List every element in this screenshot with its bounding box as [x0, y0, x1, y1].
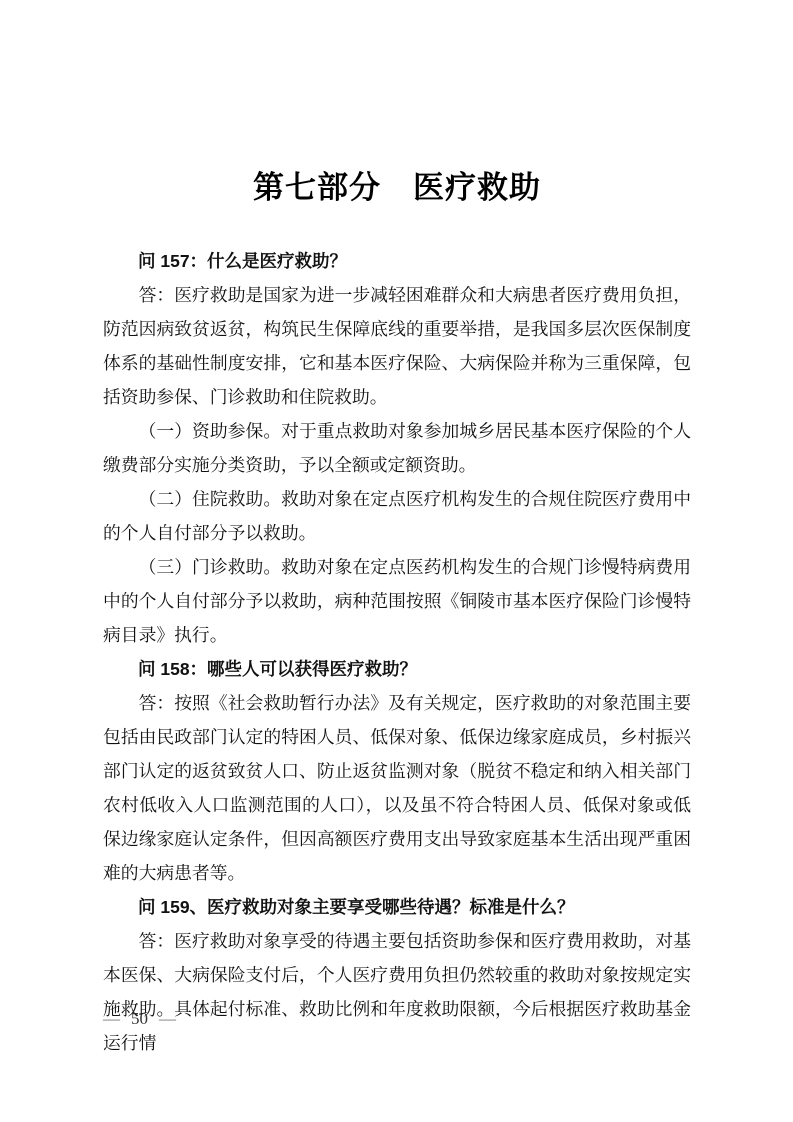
question-heading: 问 157：什么是医疗救助？	[103, 244, 691, 278]
page-number: 50	[131, 1009, 148, 1028]
answer-paragraph: 答：按照《社会救助暂行办法》及有关规定，医疗救助的对象范围主要包括由民政部门认定…	[103, 686, 691, 890]
question-heading: 问 158：哪些人可以获得医疗救助？	[103, 652, 691, 686]
answer-paragraph: （二）住院救助。救助对象在定点医疗机构发生的合规住院医疗费用中的个人自付部分予以…	[103, 482, 691, 550]
qa-blocks: 问 157：什么是医疗救助？答：医疗救助是国家为进一步减轻困难群众和大病患者医疗…	[103, 244, 691, 1060]
answer-paragraph: 答：医疗救助是国家为进一步减轻困难群众和大病患者医疗费用负担，防范因病致贫返贫，…	[103, 278, 691, 414]
document-page: 第七部分 医疗救助 问 157：什么是医疗救助？答：医疗救助是国家为进一步减轻困…	[0, 0, 793, 1122]
document-content: 第七部分 医疗救助 问 157：什么是医疗救助？答：医疗救助是国家为进一步减轻困…	[103, 0, 691, 1060]
footer-left-dash: —	[103, 1009, 120, 1028]
section-title: 第七部分 医疗救助	[103, 166, 691, 210]
page-footer: —50—	[103, 1006, 176, 1032]
answer-paragraph: （一）资助参保。对于重点救助对象参加城乡居民基本医疗保险的个人缴费部分实施分类资…	[103, 414, 691, 482]
answer-paragraph: （三）门诊救助。救助对象在定点医药机构发生的合规门诊慢特病费用中的个人自付部分予…	[103, 550, 691, 652]
answer-paragraph: 答：医疗救助对象享受的待遇主要包括资助参保和医疗费用救助，对基本医保、大病保险支…	[103, 924, 691, 1060]
footer-right-dash: —	[159, 1009, 176, 1028]
question-heading: 问 159、医疗救助对象主要享受哪些待遇？标准是什么？	[103, 890, 691, 924]
